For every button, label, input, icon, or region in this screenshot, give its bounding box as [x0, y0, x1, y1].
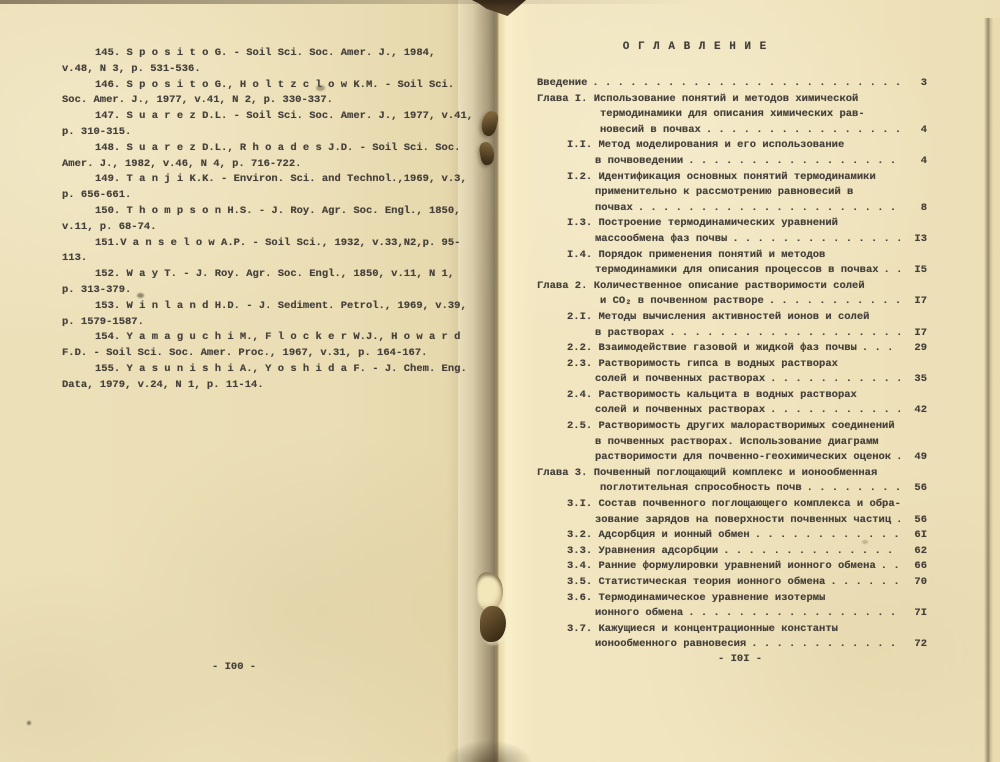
toc-entry-text: 3.7. Кажущиеся и концентрационные конста…	[567, 622, 838, 638]
toc-page-number: 56	[901, 481, 927, 497]
bib-line: 146. S p o s i t o G., H o l t z c l o w…	[62, 78, 486, 94]
toc-line: Глава 2. Количественное описание раствор…	[537, 279, 927, 295]
toc-page-number: 4	[901, 123, 927, 139]
toc-entry-text: в растворах	[595, 326, 664, 342]
spine-bottom-shadow	[438, 716, 548, 762]
toc-entry-text: термодинамики для описания процессов в п…	[595, 263, 879, 279]
toc-entry-text: термодинамики для описания химических ра…	[600, 107, 865, 123]
bib-line: 113.	[62, 251, 486, 267]
dot-leader: . . . . . . . . . . . . . . . . . . . . …	[688, 606, 901, 622]
bib-line: F.D. - Soil Sci. Soc. Amer. Proc., 1967,…	[62, 346, 486, 362]
dot-leader: . . . . . . . . . . . . . . . . . . . . …	[638, 201, 901, 217]
toc-entry-text: Введение	[537, 76, 587, 92]
toc-line: применительно к рассмотрению равновесий …	[537, 185, 927, 201]
toc-page-number: 4	[901, 154, 927, 170]
toc-entry-text: солей и почвенных растворах	[595, 403, 765, 419]
toc-line: 3.5. Статистическая теория ионного обмен…	[537, 575, 927, 591]
toc-entry-text: Глава I. Использование понятий и методов…	[537, 92, 858, 108]
dot-leader: . . . . . . . . . . . . . . . . . . . . …	[830, 575, 901, 591]
toc-entry-text: 3.5. Статистическая теория ионного обмен…	[567, 575, 825, 591]
binding-tear-highlight	[476, 572, 503, 610]
toc-page-number: I7	[901, 326, 927, 342]
toc-page-number: 72	[901, 637, 927, 653]
toc-entry-text: 3.2. Адсорбция и ионный обмен	[567, 528, 750, 544]
toc-entry-text: и CO₂ в почвенном растворе	[600, 294, 764, 310]
dot-leader: . . . . . . . . . . . . . . . . . . . . …	[770, 403, 901, 419]
dot-leader: . . . . . . . . . . . . . . . . . . . . …	[769, 294, 901, 310]
toc-page-number: 7I	[901, 606, 927, 622]
toc-page-number: 62	[901, 544, 927, 560]
ink-smudge	[27, 721, 31, 725]
toc-entry-text: 3.I. Состав почвенного поглощающего комп…	[567, 497, 901, 513]
toc-line: растворимости для почвенно-геохимических…	[537, 450, 927, 466]
toc-line: I.3. Построение термодинамических уравне…	[537, 216, 927, 232]
toc-entry-text: 2.5. Растворимость других малорастворимы…	[567, 419, 895, 435]
dot-leader: . . . . . . . . . . . . . . . . . . . . …	[881, 559, 901, 575]
bib-line: 149. T a n j i K.K. - Environ. Sci. and …	[62, 172, 486, 188]
bib-line: 145. S p o s i t o G. - Soil Sci. Soc. A…	[62, 46, 486, 62]
toc-entry-text: солей и почвенных растворах	[595, 372, 765, 388]
toc-entry-text: 3.6. Термодинамическое уравнение изотерм…	[567, 591, 825, 607]
toc-line: ионного обмена. . . . . . . . . . . . . …	[537, 606, 927, 622]
toc-page-number: I5	[901, 263, 927, 279]
toc-line: I.2. Идентификация основных понятий терм…	[537, 170, 927, 186]
toc-entry-text: I.I. Метод моделирования и его использов…	[567, 138, 844, 154]
toc-page-number: 8	[901, 201, 927, 217]
toc-entry-text: поглотительная спрособность почв	[600, 481, 802, 497]
dot-leader: . . . . . . . . . . . . . . . . . . . . …	[706, 123, 901, 139]
toc-entry-text: I.2. Идентификация основных понятий терм…	[567, 170, 876, 186]
toc-page-number: I3	[901, 232, 927, 248]
book-spread-scan: 145. S p o s i t o G. - Soil Sci. Soc. A…	[0, 0, 1000, 762]
book-page-edges-right	[984, 18, 1000, 762]
toc-entry-text: 2.I. Методы вычисления активностей ионов…	[567, 310, 869, 326]
dot-leader: . . . . . . . . . . . . . . . . . . . . …	[770, 372, 901, 388]
bib-line: p. 656-661.	[62, 188, 486, 204]
toc-entry-text: Глава 3. Почвенный поглощающий комплекс …	[537, 466, 877, 482]
bib-line: v.11, p. 68-74.	[62, 220, 486, 236]
toc-line: солей и почвенных растворах. . . . . . .…	[537, 372, 927, 388]
bib-line: 154. Y a m a g u c h i M., F l o c k e r…	[62, 330, 486, 346]
toc-entry-text: растворимости для почвенно-геохимических…	[595, 450, 891, 466]
toc-line: почвах. . . . . . . . . . . . . . . . . …	[537, 201, 927, 217]
toc-page-number: 29	[901, 341, 927, 357]
toc-entry-text: применительно к рассмотрению равновесий …	[595, 185, 853, 201]
toc-entry-text: в почвоведении	[595, 154, 683, 170]
toc-entry-text: I.4. Порядок применения понятий и методо…	[567, 248, 825, 264]
toc-line: 3.3. Уравнения адсорбции. . . . . . . . …	[537, 544, 927, 560]
toc-page-number: 56	[901, 513, 927, 529]
scan-top-edge	[0, 0, 700, 4]
toc-line: в почвенных растворах. Использование диа…	[537, 435, 927, 451]
bib-line: 151.V a n s e l o w A.P. - Soil Sci., 19…	[62, 236, 486, 252]
toc-line: Глава 3. Почвенный поглощающий комплекс …	[537, 466, 927, 482]
toc-line: I.I. Метод моделирования и его использов…	[537, 138, 927, 154]
toc-line: Введение. . . . . . . . . . . . . . . . …	[537, 76, 927, 92]
toc-entry-text: зование зарядов на поверхности почвенных…	[595, 513, 891, 529]
toc-entry-text: массообмена фаз почвы	[595, 232, 727, 248]
toc-line: 3.I. Состав почвенного поглощающего комп…	[537, 497, 927, 513]
bib-line: 150. T h o m p s o n H.S. - J. Roy. Agr.…	[62, 204, 486, 220]
toc-entry-text: ионного обмена	[595, 606, 683, 622]
toc-page-number: I7	[901, 294, 927, 310]
bib-line: p. 310-315.	[62, 125, 486, 141]
toc-entry-text: почвах	[595, 201, 633, 217]
toc-line: термодинамики для описания химических ра…	[537, 107, 927, 123]
toc-line: 2.3. Растворимость гипса в водных раство…	[537, 357, 927, 373]
dot-leader: . . . . . . . . . . . . . . . . . . . . …	[884, 263, 901, 279]
toc-entry-text: новесий в почвах	[600, 123, 701, 139]
bib-line: 153. W i n l a n d H.D. - J. Sediment. P…	[62, 299, 486, 315]
dot-leader: . . . . . . . . . . . . . . . . . . . . …	[688, 154, 901, 170]
toc-entry-text: в почвенных растворах. Использование диа…	[595, 435, 879, 451]
toc-line: 3.7. Кажущиеся и концентрационные конста…	[537, 622, 927, 638]
toc-line: новесий в почвах. . . . . . . . . . . . …	[537, 123, 927, 139]
dot-leader: . . . . . . . . . . . . . . . . . . . . …	[755, 528, 901, 544]
toc-entry-text: Глава 2. Количественное описание раствор…	[537, 279, 865, 295]
toc-line: зование зарядов на поверхности почвенных…	[537, 513, 927, 529]
toc-line: и CO₂ в почвенном растворе. . . . . . . …	[537, 294, 927, 310]
toc-line: 3.4. Ранние формулировки уравнений ионно…	[537, 559, 927, 575]
toc-entry-text: 2.3. Растворимость гипса в водных раство…	[567, 357, 838, 373]
toc-line: 2.I. Методы вычисления активностей ионов…	[537, 310, 927, 326]
toc-page-number: 35	[901, 372, 927, 388]
toc-line: 3.6. Термодинамическое уравнение изотерм…	[537, 591, 927, 607]
dot-leader: . . . . . . . . . . . . . . . . . . . . …	[723, 544, 901, 560]
dot-leader: . . . . . . . . . . . . . . . . . . . . …	[732, 232, 901, 248]
bib-line: Soc. Amer. J., 1977, v.41, N 2, p. 330-3…	[62, 93, 486, 109]
toc-page-number: 49	[901, 450, 927, 466]
toc-entry-text: 2.4. Растворимость кальцита в водных рас…	[567, 388, 857, 404]
toc-entry-text: 2.2. Взаимодействие газовой и жидкой фаз…	[567, 341, 857, 357]
toc-page-number: 3	[901, 76, 927, 92]
bib-line: v.48, N 3, p. 531-536.	[62, 62, 486, 78]
toc-page-number: 66	[901, 559, 927, 575]
toc-line: 2.4. Растворимость кальцита в водных рас…	[537, 388, 927, 404]
toc-title: О Г Л А В Л Е Н И Е	[537, 41, 925, 53]
toc-line: 2.5. Растворимость других малорастворимы…	[537, 419, 927, 435]
bib-line: Amer. J., 1982, v.46, N 4, p. 716-722.	[62, 157, 486, 173]
toc-page-number: 70	[901, 575, 927, 591]
toc-line: ионообменного равновесия. . . . . . . . …	[537, 637, 927, 653]
bib-line: 152. W a y T. - J. Roy. Agr. Soc. Engl.,…	[62, 267, 486, 283]
toc-page-number: 42	[901, 403, 927, 419]
toc-line: поглотительная спрособность почв. . . . …	[537, 481, 927, 497]
bibliography: 145. S p o s i t o G. - Soil Sci. Soc. A…	[62, 46, 486, 394]
page-footer-right: - I0I -	[718, 653, 762, 665]
toc-list: Введение. . . . . . . . . . . . . . . . …	[537, 76, 927, 653]
toc-line: 3.2. Адсорбция и ионный обмен. . . . . .…	[537, 528, 927, 544]
dot-leader: . . . . . . . . . . . . . . . . . . . . …	[751, 637, 901, 653]
bib-line: Data, 1979, v.24, N 1, p. 11-14.	[62, 378, 486, 394]
toc-line: в почвоведении. . . . . . . . . . . . . …	[537, 154, 927, 170]
toc-line: солей и почвенных растворах. . . . . . .…	[537, 403, 927, 419]
dot-leader: . . . . . . . . . . . . . . . . . . . . …	[592, 76, 901, 92]
page-footer-left: - I00 -	[212, 661, 256, 673]
toc-entry-text: 3.3. Уравнения адсорбции	[567, 544, 718, 560]
bib-line: 155. Y a s u n i s h i A., Y o s h i d a…	[62, 362, 486, 378]
toc-entry-text: 3.4. Ранние формулировки уравнений ионно…	[567, 559, 876, 575]
bib-line: p. 1579-1587.	[62, 315, 486, 331]
bib-line: p. 313-379.	[62, 283, 486, 299]
toc-line: Глава I. Использование понятий и методов…	[537, 92, 927, 108]
dot-leader: . . . . . . . . . . . . . . . . . . . . …	[862, 341, 901, 357]
dot-leader: . . . . . . . . . . . . . . . . . . . . …	[807, 481, 901, 497]
dot-leader: . . . . . . . . . . . . . . . . . . . . …	[669, 326, 901, 342]
bib-line: 148. S u a r e z D.L., R h o a d e s J.D…	[62, 141, 486, 157]
toc-line: 2.2. Взаимодействие газовой и жидкой фаз…	[537, 341, 927, 357]
toc-entry-text: ионообменного равновесия	[595, 637, 746, 653]
toc-entry-text: I.3. Построение термодинамических уравне…	[567, 216, 838, 232]
toc-line: I.4. Порядок применения понятий и методо…	[537, 248, 927, 264]
toc-page-number: 6I	[901, 528, 927, 544]
toc-line: термодинамики для описания процессов в п…	[537, 263, 927, 279]
toc-line: массообмена фаз почвы. . . . . . . . . .…	[537, 232, 927, 248]
bib-line: 147. S u a r e z D.L. - Soil Sci. Soc. A…	[62, 109, 486, 125]
toc-line: в растворах. . . . . . . . . . . . . . .…	[537, 326, 927, 342]
